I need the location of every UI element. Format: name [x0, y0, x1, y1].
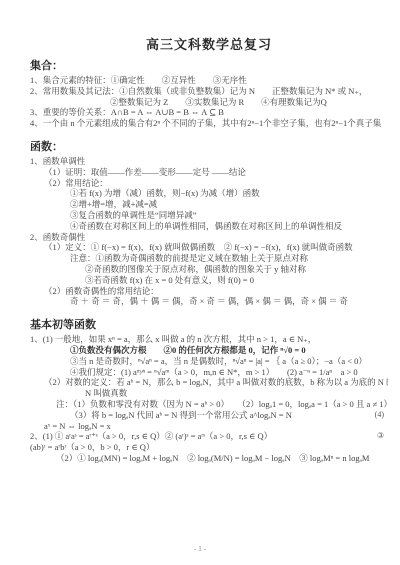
equation-number: ③: [377, 431, 384, 442]
section-heading: 基本初等函数: [30, 316, 388, 332]
text-line: 1、(1) 一般地，如果 xⁿ = a，那么 x 叫做 a 的 n 次方根，其中…: [30, 334, 388, 345]
text-line: （2）对数的定义：若 aᵇ = N，那么 b = logₐN，其中 a 叫做对数…: [44, 377, 388, 388]
text-line: ①负数没有偶次方根 ②0 的任何次方根都是 0，记作 ⁿ√0 = 0: [70, 345, 388, 356]
text-line: (ab)ʳ = aʳbʳ（a > 0，b > 0，r ∈ Q）: [30, 442, 388, 453]
text-line: ②奇函数的图像关于原点对称，偶函数的图象关于 y 轴对称: [85, 264, 388, 275]
text-line: （1）证明：取值——作差——变形——定号 ——结论: [44, 167, 388, 178]
text-line: ③复合函数的单调性是“同增异减”: [70, 210, 388, 221]
text-line: ②增+增=增，减+减=减: [70, 199, 388, 210]
text-line: ③若奇函数 f(x) 在 x = 0 处有意义，则 f(0) = 0: [85, 275, 388, 286]
text-line: 3、重要的等价关系：A∩B = A ⇔ A∪B = B ⇔ A ⊆ B: [30, 107, 388, 118]
document-content: 高三文科数学总复习 集合：1、集合元素的特征：①确定性 ②互异性 ③无序性2、常…: [0, 0, 400, 464]
text-line: 注意：①函数为奇偶函数的前提是定义域在数轴上关于原点对称: [70, 253, 388, 264]
text-line: （1）定义：① f(−x) = f(x)，f(x) 就叫做偶函数 ② f(−x)…: [44, 242, 388, 253]
text-line: ①若 f(x) 为增（减）函数，则−f(x) 为减（增）函数: [70, 188, 388, 199]
text-line: （2）常用结论：: [44, 178, 388, 189]
text-line: 2、常用数集及其记法：①自然数集（或非负整数集）记为 N 正整数集记为 N* 或…: [30, 86, 388, 97]
equation-number: (4): [375, 410, 384, 421]
text-line: （2）① logₐ(MN) = logₐM + logₐN ② logₐ(M/N…: [56, 453, 388, 464]
text-line: 1、函数单调性: [30, 156, 388, 167]
text-line: ③当 n 是奇数时，ⁿ√aⁿ = a，当 n 是偶数时，ⁿ√aⁿ = |a| =…: [70, 356, 388, 367]
sections-container: 集合：1、集合元素的特征：①确定性 ②互异性 ③无序性2、常用数集及其记法：①自…: [30, 57, 388, 464]
text-line: ④我们规定：(1) aᵐ⁄ⁿ = ⁿ√aᵐ（a > 0，m,n ∈ N*，m >…: [70, 367, 388, 378]
text-line: 奇 ＋ 奇 ＝ 奇，偶 ＋ 偶 ＝ 偶，奇 × 奇 ＝ 偶，偶 × 偶 ＝ 偶，…: [70, 296, 388, 307]
text-line: 注：（1）负数和零没有对数（因为 N = aᵇ > 0） （2）logₐ1 = …: [56, 399, 388, 410]
section-heading: 函数：: [30, 138, 388, 154]
text-line: （2）函数奇偶性的常用结论：: [44, 286, 388, 297]
page-number: - 1 -: [0, 544, 400, 553]
page-title: 高三文科数学总复习: [30, 34, 388, 53]
text-line: 2、(1) ① aʳaˢ = aʳ⁺ˢ（a > 0，r,s ∈ Q）② (aʳ)…: [30, 431, 388, 442]
text-line: （3）将 b = logₐN 代回 aᵇ = N 得到一个常用公式 a^logₐ…: [70, 410, 388, 421]
text-line: 4、一个由 n 个元素组成的集合有2ⁿ 个不同的子集，其中有2ⁿ−1个非空子集，…: [30, 118, 388, 129]
text-line: N 叫做真数: [85, 388, 388, 399]
text-line: 2、函数奇偶性: [30, 232, 388, 243]
text-line: ②整数集记为 Z ③实数集记为 R ④有理数集记为Q: [110, 97, 388, 108]
text-line: ④奇函数在对称区间上的单调性相同，偶函数在对称区间上的单调性相反: [70, 221, 388, 232]
section-heading: 集合：: [30, 57, 388, 73]
text-line: 1、集合元素的特征：①确定性 ②互异性 ③无序性: [30, 75, 388, 86]
text-line: aˣ = N ⇔ logₐN = x: [44, 421, 388, 432]
document-page: 高三文科数学总复习 集合：1、集合元素的特征：①确定性 ②互异性 ③无序性2、常…: [0, 0, 400, 565]
